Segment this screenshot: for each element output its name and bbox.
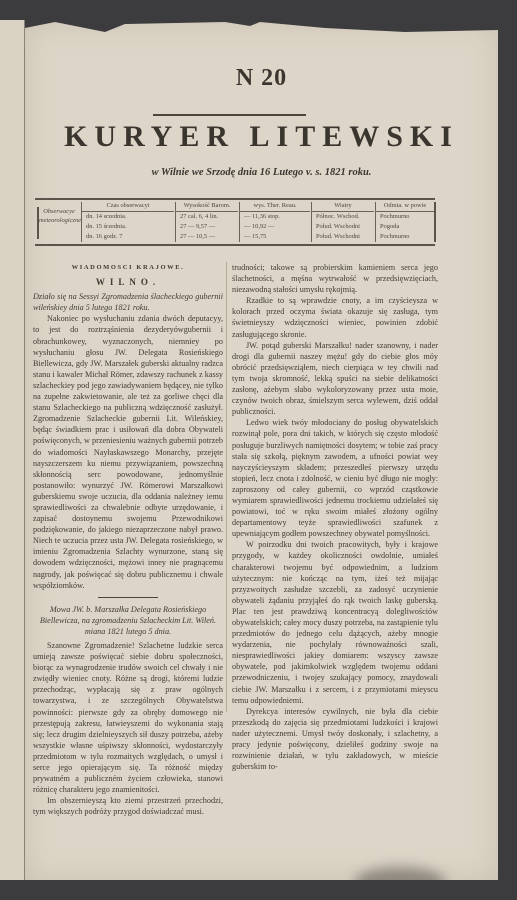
article-paragraph: Dyrekcya interesów cywilnych, nie była d… [232,706,438,773]
speech-title: Mowa JW. b. Marszałka Delegata Rosieński… [33,604,223,637]
weather-col-thermometer: wys. Ther. Reau. — 11,36 stop. — 10,92 —… [239,202,310,242]
column-divider [226,262,227,712]
weather-col-barometer: Wysokość Barom. 27 cal. 6, 4 lin. 27 — 9… [175,202,238,242]
article-paragraph: Im obszernieyszą kto ziemi przestrzeń pr… [33,795,223,817]
article-paragraph: trudności; takowe są probierskim kamieni… [232,262,438,295]
article-paragraph: Nakoniec po wysłuchaniu zdania dwóch dep… [33,313,223,590]
masthead-title: KURYER LITEWSKI [25,120,498,154]
title-rule [153,114,306,116]
ink-stain [355,867,445,897]
article-paragraph: Rzadkie to są wprawdzie cnoty, a im czyś… [232,295,438,339]
dateline: w Wilnie we Srzodę dnia 16 Lutego v. s. … [25,167,498,178]
city-heading: WILNO. [33,277,223,288]
newspaper-page: N 20 KURYER LITEWSKI w Wilnie we Srzodę … [25,22,498,880]
issue-number: N 20 [25,65,498,92]
article-paragraph: JW. potąd guberski Marszałku! nader szan… [232,340,438,418]
article-paragraph: W poirzodku dni twoich pracowitych, były… [232,539,438,705]
session-intro: Działo się na Sessyi Zgromadzenia ślache… [33,291,223,313]
weather-col-sky: Odmia. w powie Pochmurno Pogoda Pochmurn… [375,202,436,242]
left-column: WIADOMOSCI KRAJOWE. WILNO. Działo się na… [33,262,223,818]
section-heading: WIADOMOSCI KRAJOWE. [33,262,223,273]
adjacent-page-edge [0,20,25,880]
weather-table: Obserwacye meteorologiczne. Czas obserwa… [35,198,435,246]
section-rule [98,597,158,598]
article-paragraph: Ledwo wiek twóy młodociany do posług oby… [232,417,438,539]
article-paragraph: Szanowne Zgromadzenie! Szlachetne ludzki… [33,640,223,795]
weather-col-winds: Wiatry Północ. Wschod. Połud. Wschodni P… [311,202,374,242]
right-column: trudności; takowe są probierskim kamieni… [232,262,438,772]
weather-col-time: Czas obserwacyi dn. 14 srzednia. dn. 15 … [81,202,174,242]
weather-table-label: Obserwacye meteorologiczne. [37,207,79,239]
